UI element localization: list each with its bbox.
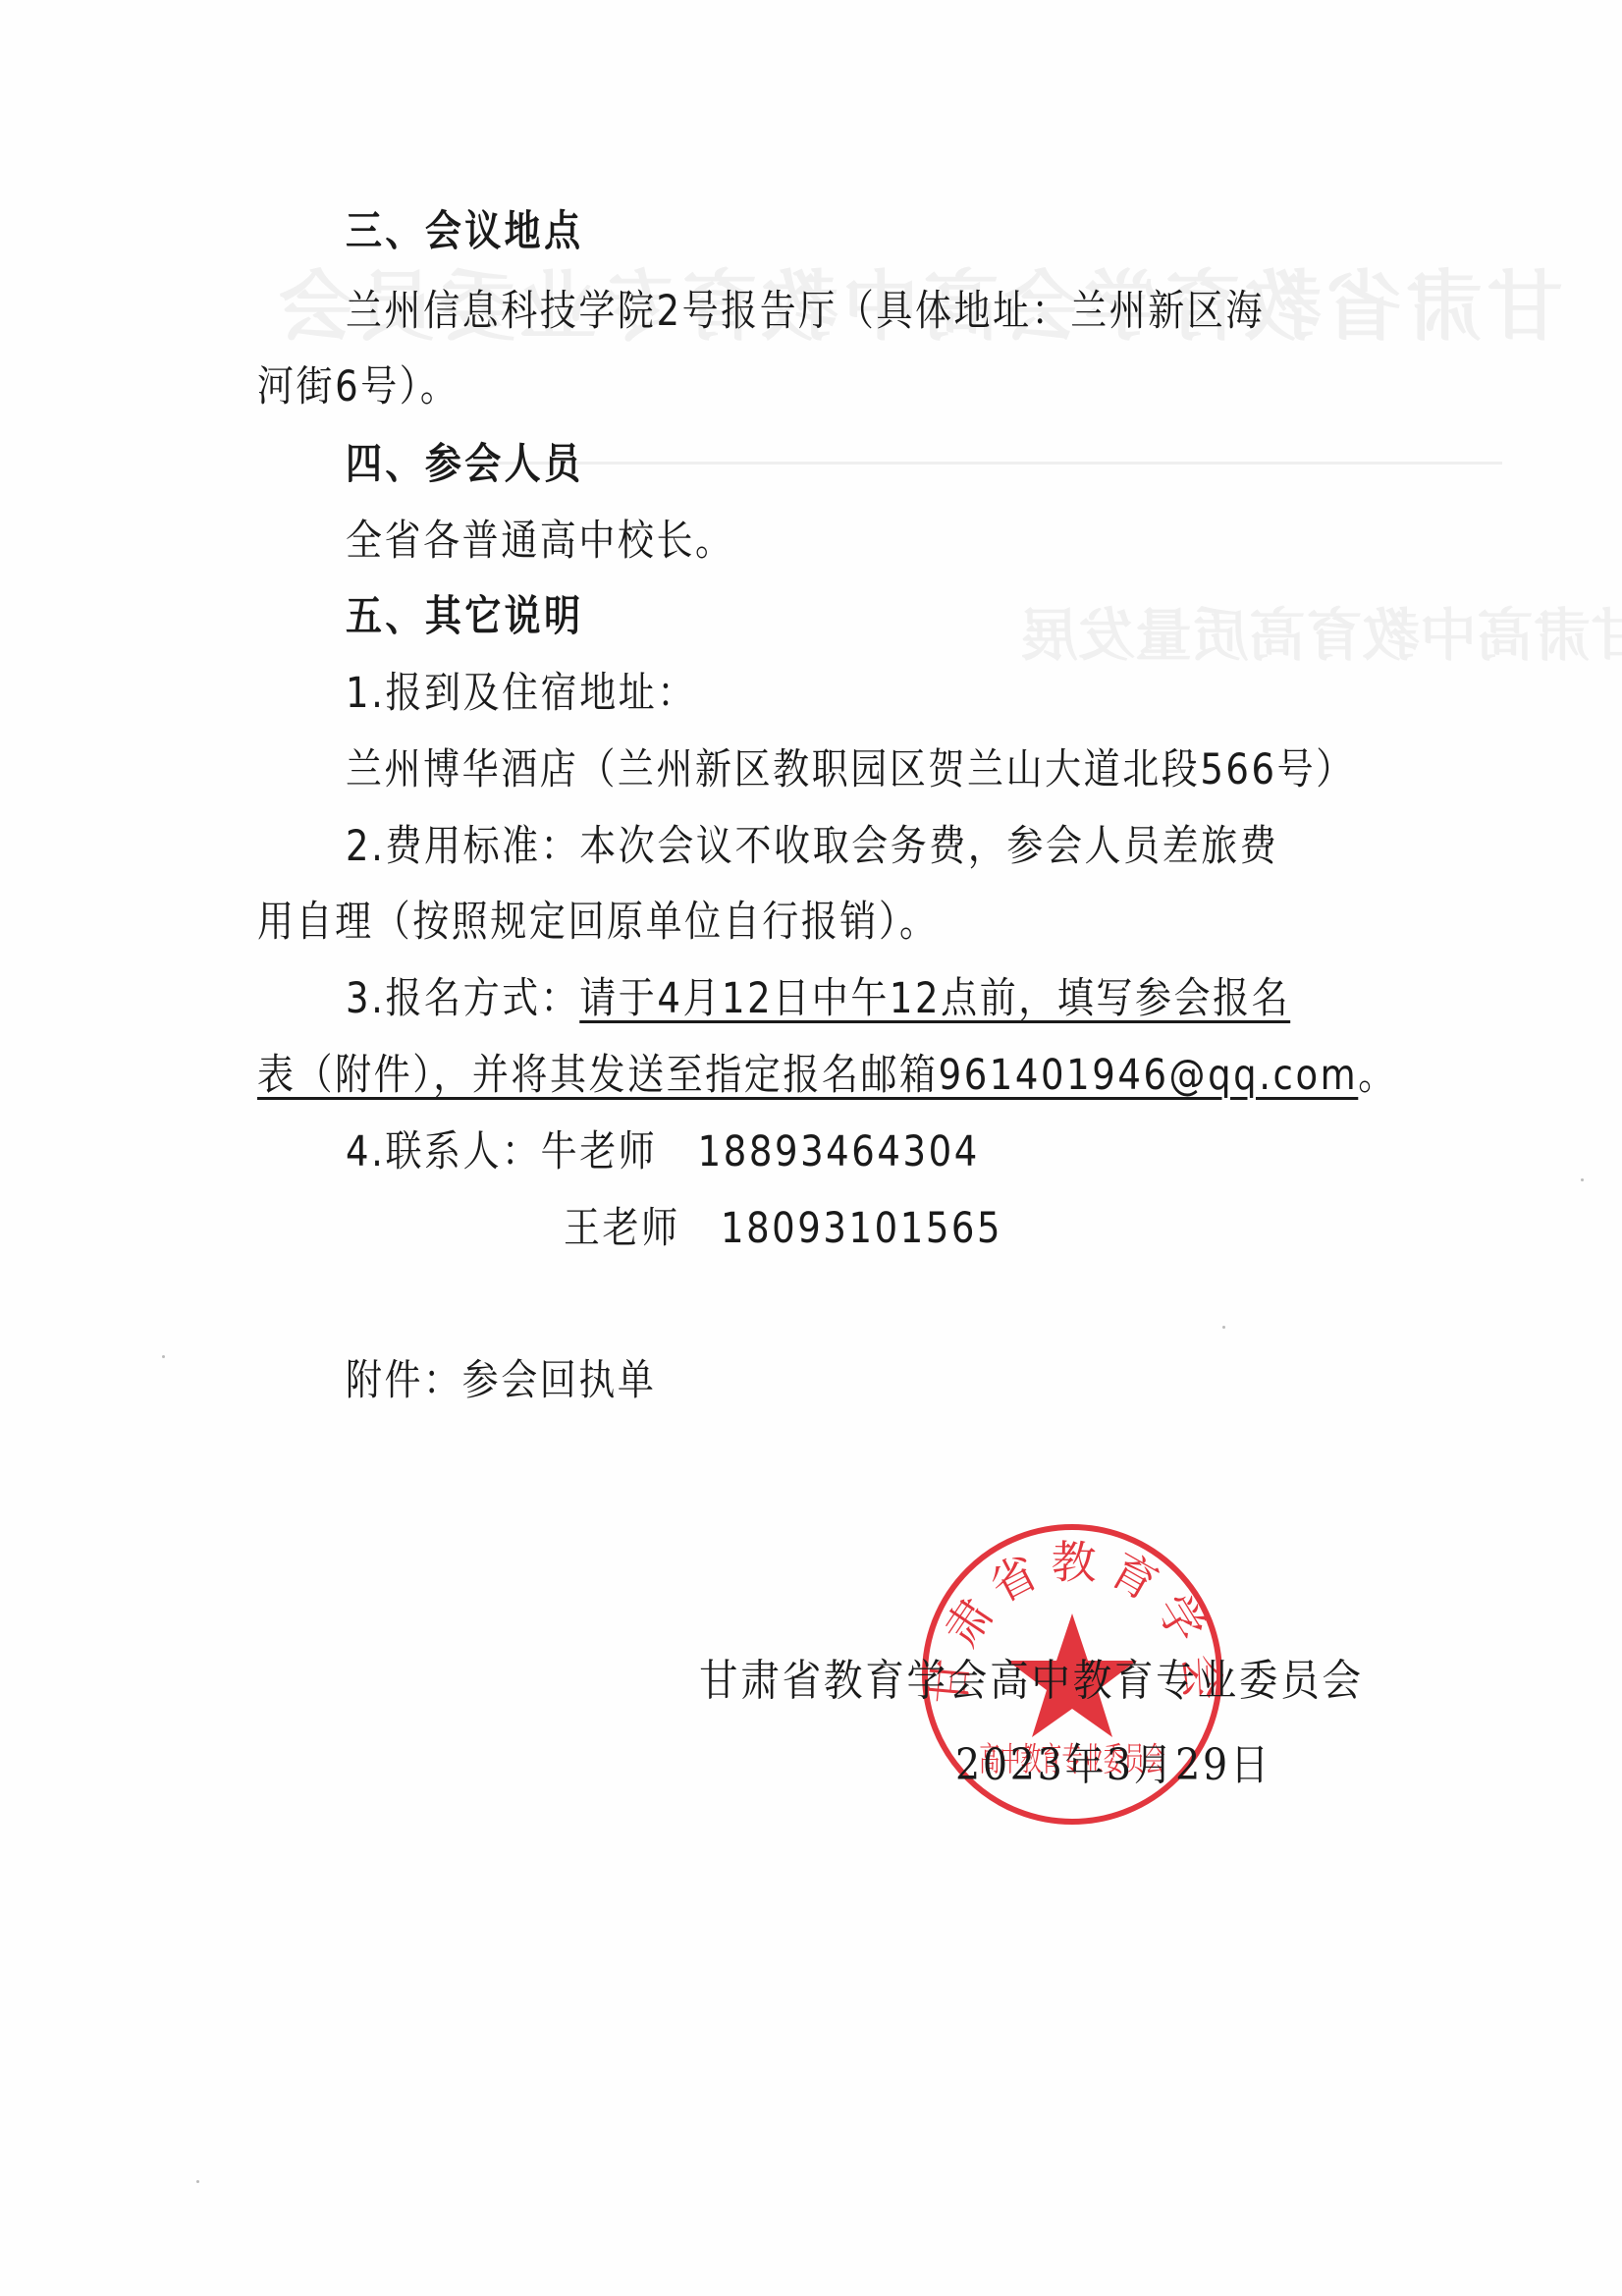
venue-text-line2: 河街6号）。 — [257, 366, 459, 409]
participants-text: 全省各普通高中校长。 — [346, 520, 734, 563]
contact-name-1: 牛老师 — [541, 1127, 658, 1176]
scan-speck — [1581, 1178, 1584, 1181]
contact-phone-1: 18893464304 — [698, 1127, 980, 1176]
document-page: 甘肃省教育学会高中教育专业委员会 关于举办甘肃高中教育高质量发展 三、会议地点 … — [0, 0, 1622, 2296]
scan-speck — [162, 1355, 165, 1358]
contact-phone-2: 18093101565 — [721, 1204, 1002, 1253]
checkin-address-label: 1.报到及住宿地址： — [346, 673, 696, 715]
section-heading-other: 五、其它说明 — [346, 596, 584, 638]
registration-instructions: 请于4月12日中午12点前，填写参会报名 — [579, 974, 1290, 1023]
signature-date: 2023年3月29日 — [955, 1744, 1271, 1787]
contact-line-2: 王老师18093101565 — [564, 1208, 1002, 1250]
section-heading-participants: 四、参会人员 — [346, 444, 584, 486]
registration-label: 3.报名方式： — [346, 974, 579, 1023]
registration-email-instructions: 表（附件），并将其发送至指定报名邮箱961401946@qq.com — [257, 1051, 1358, 1100]
registration-end-punct: 。 — [1358, 1051, 1397, 1100]
fee-standard-line2: 用自理（按照规定回原单位自行报销）。 — [257, 902, 939, 944]
contact-label: 4.联系人： — [346, 1127, 541, 1176]
venue-text-line1: 兰州信息科技学院2号报告厅（具体地址：兰州新区海 — [346, 291, 1265, 333]
bleed-through-subtitle: 关于举办甘肃高中教育高质量发展 — [1021, 589, 1622, 672]
scan-speck — [1222, 1326, 1225, 1329]
bleed-through-rule — [471, 462, 1502, 465]
section-heading-venue: 三、会议地点 — [346, 211, 584, 253]
scan-speck — [196, 2180, 199, 2183]
fee-standard-line1: 2.费用标准：本次会议不收取会务费，参会人员差旅费 — [346, 826, 1278, 868]
registration-line1: 3.报名方式：请于4月12日中午12点前，填写参会报名 — [346, 978, 1290, 1020]
registration-line2: 表（附件），并将其发送至指定报名邮箱961401946@qq.com。 — [257, 1055, 1397, 1097]
signature-organization: 甘肃省教育学会高中教育专业委员会 — [699, 1660, 1364, 1703]
attachment-note: 附件：参会回执单 — [346, 1360, 656, 1402]
contact-name-2: 王老师 — [564, 1204, 680, 1253]
checkin-address-value: 兰州博华酒店（兰州新区教职园区贺兰山大道北段566号） — [346, 749, 1355, 792]
contact-line-1: 4.联系人：牛老师18893464304 — [346, 1131, 980, 1174]
